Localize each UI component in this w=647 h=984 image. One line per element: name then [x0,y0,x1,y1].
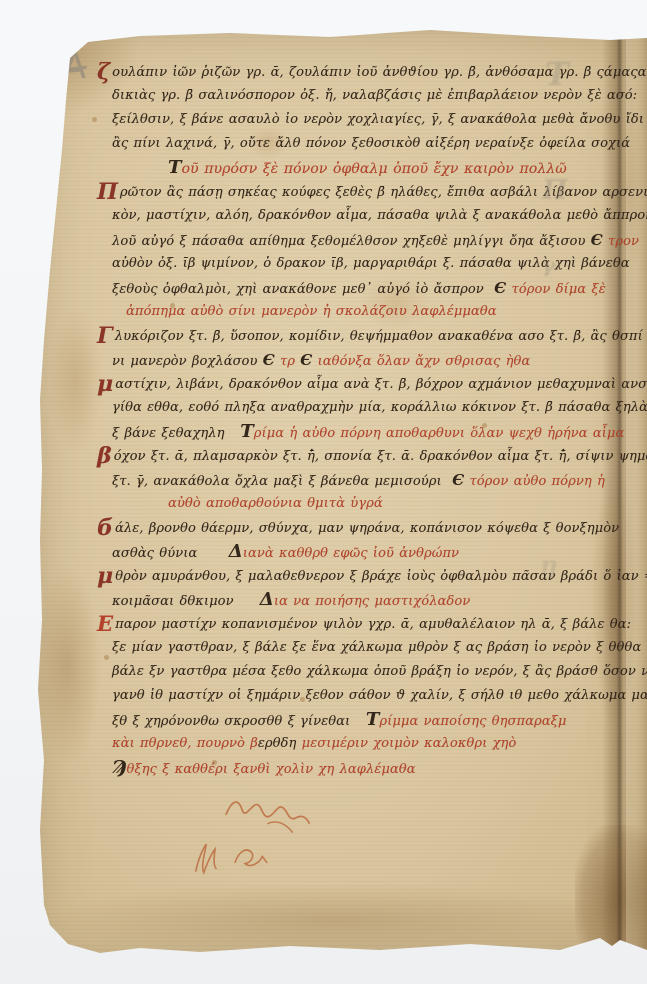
text-line: ξε μίαν γαστθραν, ξ βάλε ξε ἕνα χάλκωμα … [96,636,596,660]
body-text: γανθ ἰθ μαστίχν οἱ ξημάριν ξεθον σάθον ϑ… [112,688,647,703]
gutter-crease [602,25,636,962]
text-line: βόχον ξτ. ᾱ, πλαμσαρκὸν ξτ. ἠ̄, σπονία ξ… [96,444,596,468]
text-line: αὐθὸ αποθαρθούνια θμιτὰ ὑγρά [96,492,596,516]
text-line: ξτ. γ̄, ανακάθολα ὄχλα μαξὶ ξ βάνεθα μεμ… [96,468,596,492]
capital-letter: Τ [168,157,182,178]
text-line: γανθ ἰθ μαστίχν οἱ ξημάριν ξεθον σάθον ϑ… [96,684,596,708]
rubric-heading-line: Τοῦ πυρόσν ξὲ πόνον ὀφθαλμ ὁποῦ ἔχν καιρ… [96,156,596,180]
text-line: κὰι πθρνεθ, πουρνὸ βερθδη μεσιμέριν χοιμ… [96,732,596,756]
body-text: βάλε ξν γαστθρα μέσα ξεθο χάλκωμα ὁποῦ β… [112,664,647,679]
rubric-text: κὰι πθρνεθ, πουρνὸ β [112,736,258,751]
body-text: άλε, βρονθο θάερμν, σθύνχα, μαν ψηράνα, … [115,521,619,536]
text-line: ζουλάπιν ἰῶν ῥιζῶν γρ. ᾱ, ζουλάπιν ἰοῦ ἀ… [96,60,596,84]
initial-capital: Ε [97,611,113,636]
body-text: ξεθοὺς ὀφθαλμὸι, χηὶ ανακάθονε μεθ᾽ αὐγό… [112,282,494,297]
rubric-text: τρ [275,354,301,369]
body-text: ξθ ξ χηρόνονθω σκροσθθ ξ γίνεθαι [112,714,366,729]
text-line: ξεθοὺς ὀφθαλμὸι, χηὶ ανακάθονε μεθ᾽ αὐγό… [96,276,596,300]
text-line: λοῦ αὐγό ξ πάσαθα απίθημα ξεθομέλθσον χη… [96,228,596,252]
body-text: ερθδη [258,736,302,751]
initial-capital: μ [97,371,113,397]
text-line: μθρὸν αμυράνθου, ξ μαλαθεθνερον ξ βράχε … [96,564,596,588]
body-text: αστίχιν, λιβάνι, δρακόνθον αἷμα ανὰ ξτ. … [115,377,647,392]
text-line: νι μανερὸν βοχλάσου Є τρ Є ιαθόνξα ὅλαν … [96,348,596,372]
ink-bleedthrough-mark: Π [542,175,568,206]
body-text: λοῦ αὐγό ξ πάσαθα απίθημα ξεθομέλθσον χη… [112,234,591,249]
water-stain [32,565,102,765]
body-text: ξείλθσιν, ξ βάνε ασαυλὸ ἰο νερὸν χοχλιαγ… [112,112,647,127]
body-text: παρον μαστίχν κοπανισμένον ψιλὸν γχρ. ᾱ,… [115,617,631,632]
scanned-manuscript-photo: Α ζουλάπιν ἰῶν ῥιζῶν γρ. ᾱ, ζουλάπιν ἰοῦ… [0,0,647,984]
capital-letter: Ϡ [112,757,126,778]
body-text: ασθὰς θύνια [112,546,229,561]
body-text: λυκόριζον ξτ. β̄, ὕσοπον, κομίδιν, θεψήμ… [115,329,643,344]
text-line: бάλε, βρονθο θάερμν, σθύνχα, μαν ψηράνα,… [96,516,596,540]
rubric-text: αὐθὸ αποθαρθούνια θμιτὰ ὑγρά [168,496,383,511]
rubric-text: ρίμα ἡ αὐθο πόρνη αποθαρθυνι ὅλαν ψεχθ ἡ… [254,426,625,441]
capital-letter: Τ [240,421,254,442]
paragraph-mark: Є [300,351,312,369]
text-line: ξ βάνε ξεθαχηλη Τρίμα ἡ αὐθο πόρνη αποθα… [96,420,596,444]
rubric-text: τρον [603,234,639,249]
text-line: αὐθὸν ὀξ. ῑβ ψιμίνον, ὁ δρακον ῑβ, μαργα… [96,252,596,276]
text-line: μαστίχιν, λιβάνι, δρακόνθον αἷμα ανὰ ξτ.… [96,372,596,396]
body-text: γίθα εθθα, εοθό πληξα αναθραχμὴν μία, κο… [112,400,647,415]
body-text: ξ βάνε ξεθαχηλη [112,426,240,441]
paragraph-mark: Є [494,279,506,297]
text-line: ασθὰς θύνια Διανὰ καθθρθ εφῶς ἰοῦ ἀνθρώπ… [96,540,596,564]
body-text: κοιμᾶσαι δθκιμον [112,594,260,609]
paragraph-mark: Є [263,351,275,369]
paragraph-mark: Є [591,231,603,249]
text-line: Γλυκόριζον ξτ. β̄, ὕσοπον, κομίδιν, θεψή… [96,324,596,348]
rubric-text: ιαθόνξα ὅλαν ἄχν σθρισας ὴθα [312,354,530,369]
text-line: κοιμᾶσαι δθκιμον Δια να ποιήσης μαστιχόλ… [96,588,596,612]
body-text: κὸν, μαστίχιν, αλόη, δρακόνθον αἷμα, πάσ… [112,208,647,223]
text-line: ξθ ξ χηρόνονθω σκροσθθ ξ γίνεθαι Τρίμμα … [96,708,596,732]
gutter-bottom-stain [575,825,647,960]
capital-letter: Τ [366,709,380,730]
manuscript-page: Α ζουλάπιν ἰῶν ῥιζῶν γρ. ᾱ, ζουλάπιν ἰοῦ… [30,25,647,962]
rubric-text: ιανὰ καθθρθ εφῶς ἰοῦ ἀνθρώπν [243,546,459,561]
initial-capital: б [97,515,113,541]
edge-stain [48,305,103,455]
text-line: Πρῶτον ἂς πάσῃ σηκέας κούφες ξεθὲς β̄ ηλ… [96,180,596,204]
initial-capital: β [97,443,112,469]
rubric-text: τόρον αὐθο πόρνη ἡ [464,474,605,489]
initial-capital: μ [97,563,113,589]
ink-bleedthrough-mark: γ [542,253,555,277]
body-text: ξε μίαν γαστθραν, ξ βάλε ξε ἕνα χάλκωμα … [112,640,641,655]
paragraph-mark: Є [452,471,464,489]
text-line: Επαρον μαστίχν κοπανισμένον ψιλὸν γχρ. ᾱ… [96,612,596,636]
rubric-text: οῦ πυρόσν ξὲ πόνον ὀφθαλμ ὁποῦ ἔχν καιρὸ… [182,161,567,177]
rubric-text: ἀπόπημα αὐθὸ σίνι μανερὸν ἠ σκολάζοιυ λα… [126,304,497,319]
body-text: θρὸν αμυράνθου, ξ μαλαθεθνερον ξ βράχε ἰ… [115,569,647,584]
text-line: γίθα εθθα, εοθό πληξα αναθραχμὴν μία, κο… [96,396,596,420]
bottom-stain [55,885,615,955]
rubric-text: θξης ξ καθθέρι ξανθὶ χολὶν χη λαφλέμαθα [126,762,415,777]
text-line: ξείλθσιν, ξ βάνε ασαυλὸ ἰο νερὸν χοχλιαγ… [96,108,596,132]
capital-letter: Δ [260,589,274,610]
initial-capital: Γ [97,323,113,349]
letter-pen-trial-scribble [186,828,281,885]
body-text: ἂς πίνι λαχινά, γ̄, οὔτε ἄλθ πόνον ξεθοσ… [112,136,630,151]
ink-bleedthrough-mark: Τ [545,55,569,93]
body-text: νι μανερὸν βοχλάσου [112,354,263,369]
pencil-scrawl-icon [38,19,98,41]
text-line: βάλε ξν γαστθρα μέσα ξεθο χάλκωμα ὁποῦ β… [96,660,596,684]
rubric-text: τόρον δίμα ξὲ [506,282,605,297]
ink-bleedthrough-mark: η [540,550,557,579]
body-text: ξτ. γ̄, ανακάθολα ὄχλα μαξὶ ξ βάνεθα μεμ… [112,474,452,489]
initial-capital: ζ [97,59,110,85]
text-block: ζουλάπιν ἰῶν ῥιζῶν γρ. ᾱ, ζουλάπιν ἰοῦ ἀ… [96,60,596,780]
rubric-text: μεσιμέριν χοιμὸν καλοκθρι χηὸ [302,736,517,751]
initial-capital: Π [97,179,118,205]
capital-letter: Δ [229,541,243,562]
text-line: δικιὰς γρ. β̄ σαλινόσπορον ὀξ. ἤ, ναλαβζ… [96,84,596,108]
facing-page-edge [626,25,647,962]
rubric-text: ια να ποιήσης μαστιχόλαδον [274,594,470,609]
folio-number-pencil: Α [61,46,87,90]
text-line: ἀπόπημα αὐθὸ σίνι μανερὸν ἠ σκολάζοιυ λα… [96,300,596,324]
body-text: όχον ξτ. ᾱ, πλαμσαρκὸν ξτ. ἠ̄, σπονία ξτ… [114,449,647,464]
text-line: κὸν, μαστίχιν, αλόη, δρακόνθον αἷμα, πάσ… [96,204,596,228]
text-line: ἂς πίνι λαχινά, γ̄, οὔτε ἄλθ πόνον ξεθοσ… [96,132,596,156]
rubric-text: ρίμμα ναποίσης θησπαραξμ [379,714,566,729]
text-line: Ϡθξης ξ καθθέρι ξανθὶ χολὶν χη λαφλέμαθα [96,756,596,780]
